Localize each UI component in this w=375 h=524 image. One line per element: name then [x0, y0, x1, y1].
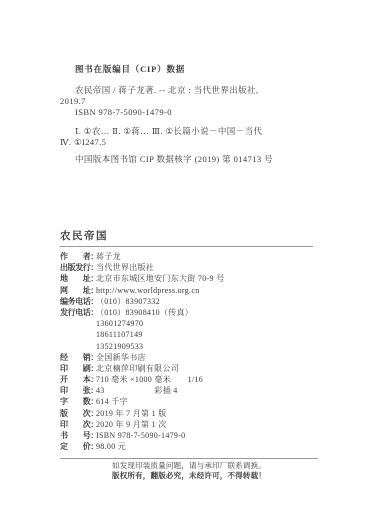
book-title: 农民帝国 — [60, 228, 108, 243]
row-value: 13601274970 — [96, 319, 143, 328]
row-label: 印 张： — [60, 385, 98, 396]
row-label: 印 刷： — [60, 363, 98, 374]
row-label: 字 数： — [60, 396, 98, 407]
colophon-row: 18611107149 — [60, 329, 350, 340]
row-label: 网 址： — [60, 285, 98, 296]
colophon-row: 开 本：710 毫米 ×1000 毫米 1/16 — [60, 374, 350, 385]
cip-entry-line1: 农民帝国 / 蒋子龙著. -- 北京 : 当代世界出版社, — [60, 85, 347, 96]
copyright-page: 图书在版编目（CIP）数据 农民帝国 / 蒋子龙著. -- 北京 : 当代世界出… — [0, 0, 375, 524]
row-label: 编务电话： — [60, 296, 98, 307]
row-label: 开 本： — [60, 374, 98, 385]
colophon-row: 地 址：北京市东城区地安门东大街 70-9 号 — [60, 273, 350, 284]
row-label: 定 价： — [60, 441, 98, 452]
colophon-row: 出版发行：当代世界出版社 — [60, 262, 350, 273]
row-value: 当代世界出版社 — [96, 263, 154, 272]
row-label: 地 址： — [60, 273, 98, 284]
row-label: 版 次： — [60, 408, 98, 419]
row-value: 98.00 元 — [96, 442, 126, 451]
cip-spacer — [60, 118, 347, 126]
row-value: 蒋子龙 — [96, 252, 121, 261]
colophon-row: 印 刷：北京楠萍印刷有限公司 — [60, 363, 350, 374]
row-value: 北京楠萍印刷有限公司 — [96, 364, 179, 373]
row-value: 全国新华书店 — [96, 353, 146, 362]
row-value: http://www.worldpress.org.cn — [96, 286, 200, 295]
row-value: 2019 年 7 月第 1 版 — [96, 409, 167, 418]
row-value: 710 毫米 ×1000 毫米 1/16 — [96, 375, 203, 384]
row-label: 发行电话： — [60, 307, 98, 318]
colophon-row: 发行电话：（010）83908410（传真） — [60, 307, 350, 318]
colophon-rows: 作 者：蒋子龙 出版发行：当代世界出版社 地 址：北京市东城区地安门东大街 70… — [60, 251, 350, 452]
colophon-row: 书 号：ISBN 978-7-5090-1479-0 — [60, 430, 350, 441]
row-label: 出版发行： — [60, 262, 98, 273]
cip-classification-line2: Ⅳ. ①I247.5 — [60, 137, 347, 148]
cip-isbn: ISBN 978-7-5090-1479-0 — [60, 107, 347, 118]
copyright-notice: 版权所有，翻版必究，未经许可，不得转载！ — [60, 471, 318, 481]
row-value: （010）83908410（传真） — [96, 308, 193, 317]
cip-block: 图书在版编目（CIP）数据 农民帝国 / 蒋子龙著. -- 北京 : 当代世界出… — [60, 64, 347, 165]
cip-classification-line1: Ⅰ. ①农… Ⅱ. ①蒋… Ⅲ. ①长篇小说－中国－当代 — [60, 126, 347, 137]
footer-divider — [60, 458, 318, 459]
row-value: 2020 年 9 月第 1 次 — [96, 420, 167, 429]
row-value: （010）83907332 — [96, 297, 160, 306]
colophon-row: 经 销：全国新华书店 — [60, 352, 350, 363]
quality-notice: 如发现印装质量问题，请与承印厂联系调换。 — [60, 461, 318, 471]
footer-notices: 如发现印装质量问题，请与承印厂联系调换。 版权所有，翻版必究，未经许可，不得转载… — [60, 461, 318, 480]
row-value: 614 千字 — [96, 397, 128, 406]
row-value: ISBN 978-7-5090-1479-0 — [96, 431, 185, 440]
colophon-row: 字 数：614 千字 — [60, 396, 350, 407]
colophon-row: 编务电话：（010）83907332 — [60, 296, 350, 307]
row-label: 书 号： — [60, 430, 98, 441]
title-divider — [60, 246, 313, 247]
row-label: 经 销： — [60, 352, 98, 363]
colophon-row: 版 次：2019 年 7 月第 1 版 — [60, 408, 350, 419]
colophon-row: 作 者：蒋子龙 — [60, 251, 350, 262]
row-value: 北京市东城区地安门东大街 70-9 号 — [96, 274, 224, 283]
row-value: 43 彩插 4 — [96, 386, 178, 395]
cip-heading: 图书在版编目（CIP）数据 — [60, 64, 347, 75]
colophon-row: 定 价：98.00 元 — [60, 441, 350, 452]
row-value: 18611107149 — [96, 330, 143, 339]
colophon-row: 印 次：2020 年 9 月第 1 次 — [60, 419, 350, 430]
cip-record-number: 中国版本图书馆 CIP 数据核字 (2019) 第 014713 号 — [60, 154, 347, 165]
row-label: 印 次： — [60, 419, 98, 430]
colophon-row: 13521909533 — [60, 341, 350, 352]
colophon-row: 13601274970 — [60, 318, 350, 329]
cip-entry-line2: 2019.7 — [60, 96, 347, 107]
row-value: 13521909533 — [96, 342, 143, 351]
colophon-row: 印 张：43 彩插 4 — [60, 385, 350, 396]
row-label: 作 者： — [60, 251, 98, 262]
colophon-row: 网 址：http://www.worldpress.org.cn — [60, 285, 350, 296]
